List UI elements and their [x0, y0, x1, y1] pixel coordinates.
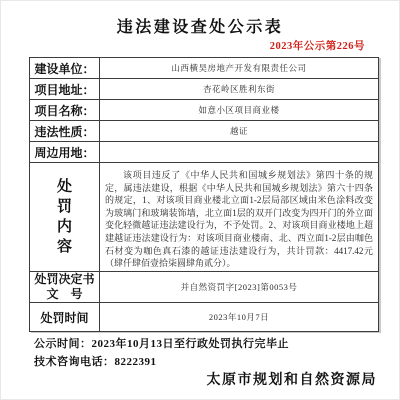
- field-label-violation-nature: 违法性质：: [30, 121, 100, 142]
- table-row-punishment-content: 处 罚 内 容 该项目违反了《中华人民共和国城乡规划法》第四十条的规定，属违法建…: [30, 163, 379, 272]
- decision-label-line2: 文 号: [30, 287, 99, 302]
- table-row-decision-number: 处罚决定书 文 号 并自然资罚字[2023]第0053号: [30, 272, 379, 303]
- vertical-label-char: 处: [57, 179, 72, 195]
- table-row-project-address: 项目地址： 杏花岭区胜利东街: [30, 79, 379, 100]
- decision-label-line1: 处罚决定书: [30, 272, 99, 287]
- vertical-label-punishment: 处 罚 内 容: [30, 179, 99, 255]
- vertical-label-char: 容: [57, 239, 72, 255]
- table-row-punish-time: 处罚时间 2023年10月7日: [30, 303, 379, 332]
- notice-table: 建设单位： 山西横昊房地产开发有限责任公司 项目地址： 杏花岭区胜利东街 项目名…: [29, 57, 379, 332]
- notice-document-page: 违法建设查处公示表 2023年公示第226号 建设单位： 山西横昊房地产开发有限…: [0, 0, 400, 400]
- field-label-surrounding-land: 周边用地：: [30, 142, 100, 163]
- consult-phone-line: 技术咨询电话：8222391: [34, 353, 157, 369]
- field-value-punish-time: 2023年10月7日: [100, 303, 379, 332]
- field-value-punishment-content: 该项目违反了《中华人民共和国城乡规划法》第四十条的规定，属违法建设，根据《中华人…: [100, 163, 379, 272]
- field-label-punish-time: 处罚时间: [30, 303, 100, 332]
- field-label-decision-number: 处罚决定书 文 号: [30, 272, 100, 303]
- field-label-project-name: 项目名称：: [30, 100, 100, 121]
- publicity-period-line: 公示时间：2023年10月13日至行政处罚执行完毕止: [34, 335, 289, 351]
- field-label-punishment-content: 处 罚 内 容: [30, 163, 100, 272]
- notice-number: 2023年公示第226号: [270, 38, 365, 53]
- punishment-paragraph: 该项目违反了《中华人民共和国城乡规划法》第四十条的规定，属违法建设，根据《中华人…: [100, 163, 378, 270]
- page-title: 违法建设查处公示表: [1, 1, 399, 37]
- table-row-construction-unit: 建设单位： 山西横昊房地产开发有限责任公司: [30, 58, 379, 79]
- table-row-surrounding-land: 周边用地：: [30, 142, 379, 163]
- field-value-surrounding-land: [100, 142, 379, 163]
- field-value-construction-unit: 山西横昊房地产开发有限责任公司: [100, 58, 379, 79]
- table-row-violation-nature: 违法性质： 越证: [30, 121, 379, 142]
- field-value-project-address: 杏花岭区胜利东街: [100, 79, 379, 100]
- field-value-project-name: 如意小区项目商业楼: [100, 100, 379, 121]
- field-label-construction-unit: 建设单位：: [30, 58, 100, 79]
- vertical-label-char: 内: [57, 219, 72, 235]
- vertical-label-char: 罚: [57, 199, 72, 215]
- field-value-violation-nature: 越证: [100, 121, 379, 142]
- table-row-project-name: 项目名称： 如意小区项目商业楼: [30, 100, 379, 121]
- field-label-project-address: 项目地址：: [30, 79, 100, 100]
- field-value-decision-number: 并自然资罚字[2023]第0053号: [100, 272, 379, 303]
- issuing-agency-signature: 太原市规划和自然资源局: [207, 369, 378, 389]
